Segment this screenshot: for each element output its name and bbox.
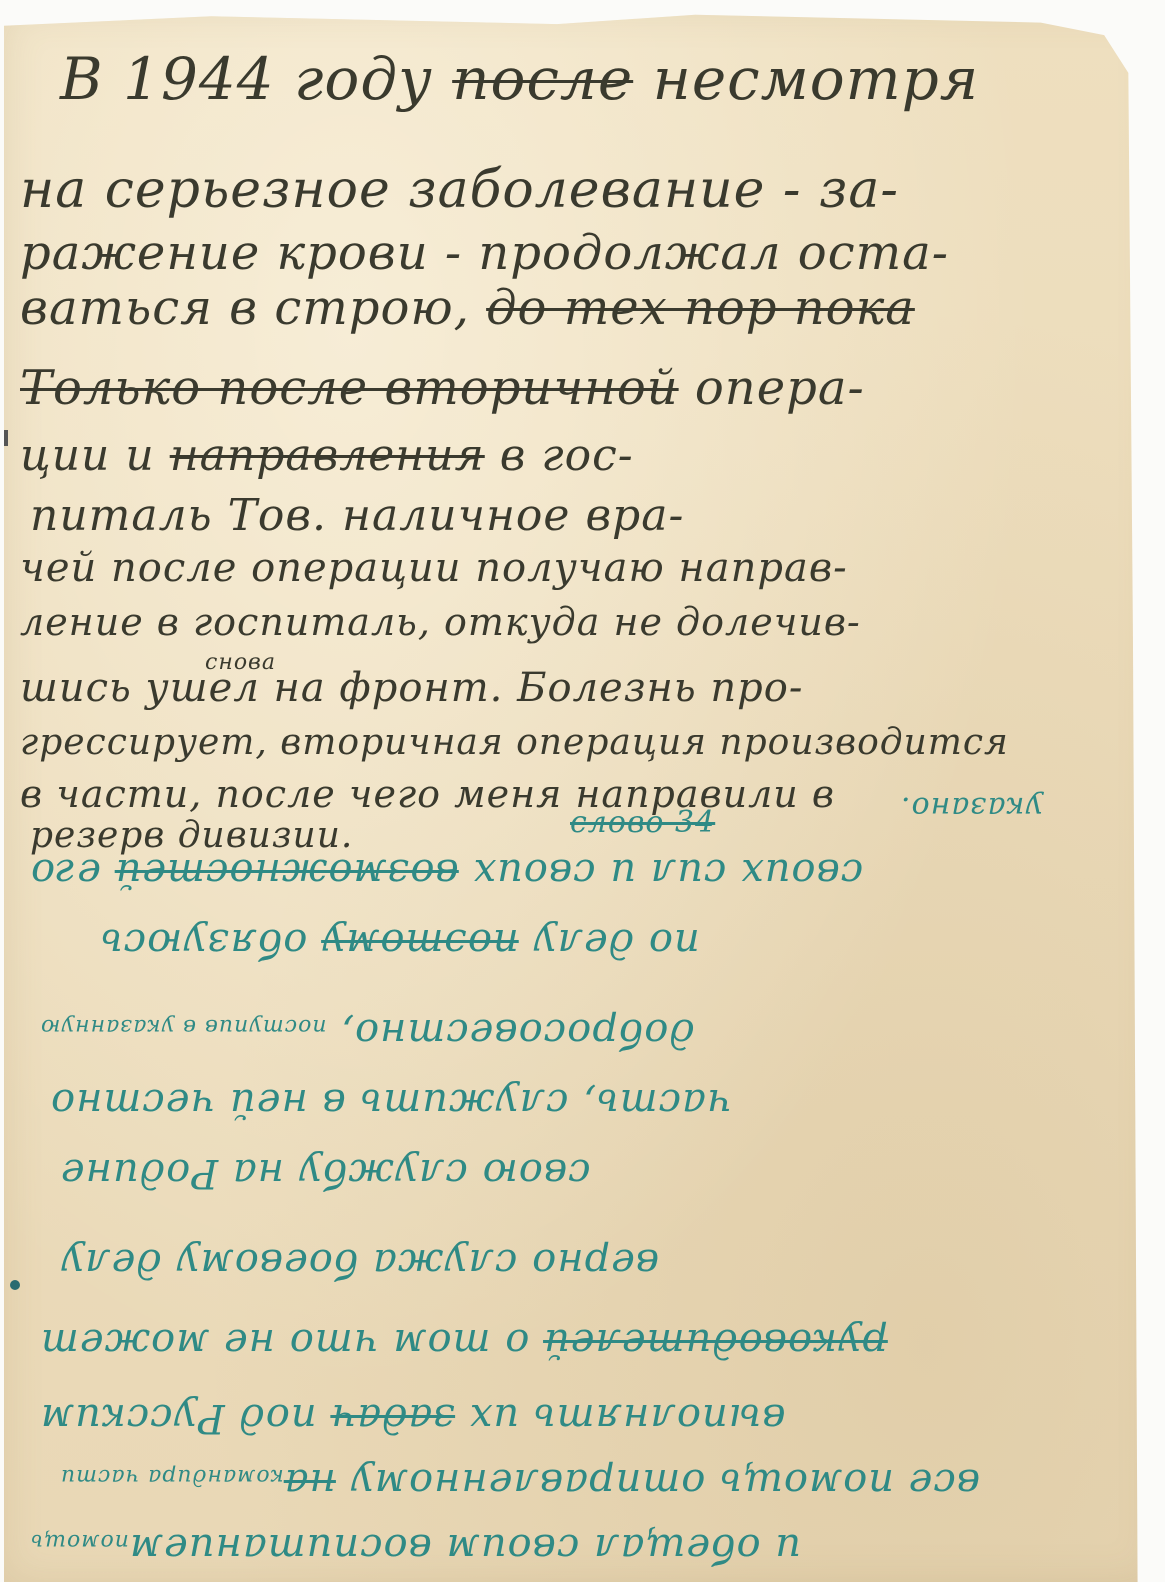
handwritten-line: свою службу на Родине xyxy=(60,1150,591,1196)
line-text: выполнять их xyxy=(455,1395,785,1441)
struck-word: руководителей xyxy=(543,1320,888,1366)
inserted-phrase: командира части xyxy=(60,1464,284,1489)
handwritten-line: выполнять их задач под Русским xyxy=(40,1395,786,1441)
line-text: свою службу на Родине xyxy=(60,1150,591,1196)
line-text: его xyxy=(30,850,115,896)
handwritten-line: по делу поэтому обязуюсь xyxy=(100,920,700,966)
handwritten-line: и обещал своим воспитаниемпомощь xyxy=(30,1525,801,1571)
line-text: о том что не может xyxy=(40,1320,543,1366)
struck-word: поэтому xyxy=(321,920,519,966)
line-text: верно служа боевому делу xyxy=(60,1240,659,1286)
line-text: все помощь отправленному xyxy=(336,1460,980,1506)
struck-word: возможностей xyxy=(115,850,459,896)
handwritten-line: добросовестно, поступив в указанную xyxy=(40,1010,695,1056)
line-text: часть, служить в ней честно xyxy=(50,1080,732,1126)
line-text: и обещал своим воспитанием xyxy=(129,1525,801,1571)
handwritten-line: верно служа боевому делу xyxy=(60,1240,659,1286)
inserted-word: помощь xyxy=(30,1529,129,1554)
line-text: обязуюсь xyxy=(100,920,321,966)
inserted-phrase: поступив в указанную xyxy=(40,1014,327,1039)
line-text: по делу xyxy=(519,920,700,966)
line-text: под Русским xyxy=(40,1395,330,1441)
struck-word: задач xyxy=(330,1395,455,1441)
struck-word: на xyxy=(284,1460,336,1506)
line-text: своих сил и своих xyxy=(459,850,863,896)
upside-down-text-section: своих сил и своих возможностей его по де… xyxy=(0,0,1165,1582)
handwritten-line: своих сил и своих возможностей его xyxy=(30,850,863,896)
handwritten-line: часть, служить в ней честно xyxy=(50,1080,732,1126)
handwritten-line: все помощь отправленному накомандира час… xyxy=(60,1460,980,1506)
line-text: добросовестно, xyxy=(327,1010,695,1056)
handwritten-line: руководителей о том что не может xyxy=(40,1320,888,1366)
